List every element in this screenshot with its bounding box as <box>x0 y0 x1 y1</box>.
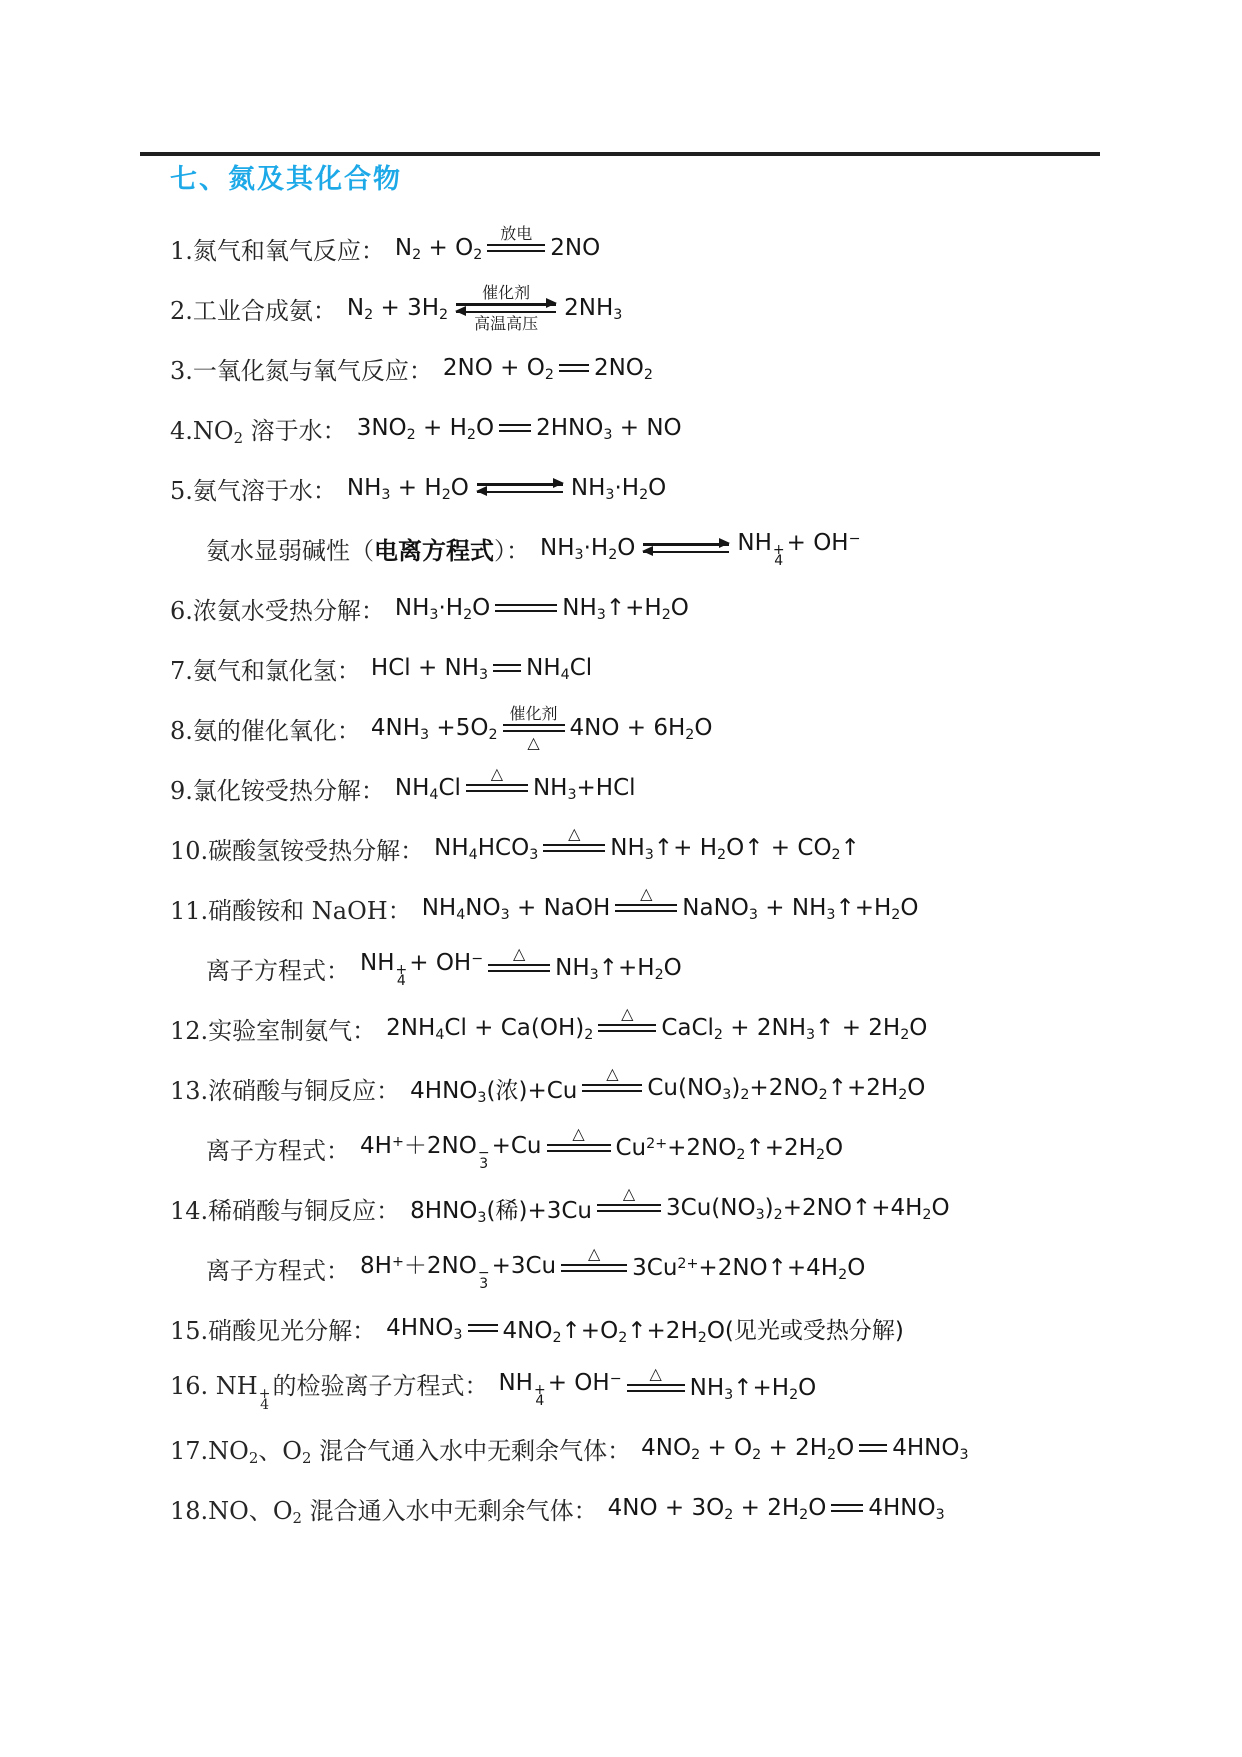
condition-above: △ <box>623 1186 635 1202</box>
subscript: 2 <box>234 429 243 447</box>
atom-count: 4 <box>397 976 406 987</box>
formula: NH3·H2O <box>571 475 666 501</box>
condition-above: 催化剂 <box>482 285 530 301</box>
equals-sign <box>493 664 521 672</box>
line-label: 5.氨气溶于水： <box>170 471 337 506</box>
equation-line: 17.NO2、O2 混合气通入水中无剩余气体：4NO2 + O2 + 2H2O … <box>170 1418 1190 1478</box>
equation-line: 7.氨气和氯化氢：HCl + NH3NH4Cl <box>170 638 1190 698</box>
formula: Cu2++2NO2↑+2H2O <box>616 1135 844 1161</box>
condition-above: △ <box>568 826 580 842</box>
equals-sign: 催化剂△ <box>503 724 565 732</box>
line-label: 离子方程式： <box>206 951 350 986</box>
line-label: 8.氨的催化氧化： <box>170 711 361 746</box>
equals-sign: △ <box>598 1024 656 1032</box>
double-line <box>598 1024 656 1032</box>
subscript: 2 <box>832 847 841 863</box>
subscript: 3 <box>749 907 758 923</box>
subscript: 2 <box>900 1027 909 1043</box>
subscript: 2 <box>584 1027 593 1043</box>
equilibrium-arrows: 催化剂高温高压 <box>456 303 556 313</box>
subscript: 4 <box>561 667 570 683</box>
double-line <box>493 664 521 672</box>
subscript: 4 <box>435 1027 444 1043</box>
reverse-arrow <box>456 311 556 314</box>
double-line <box>597 1204 661 1212</box>
condition-above: △ <box>513 946 525 962</box>
equation-line: 6.浓氨水受热分解：NH3·H2O NH3↑+H2O <box>170 578 1190 638</box>
subscript: 2 <box>407 427 416 443</box>
equation-line: 离子方程式：4H+＋2NO−3+Cu △Cu2++2NO2↑+2H2O <box>206 1118 1190 1178</box>
double-line <box>499 424 531 432</box>
subscript: 2 <box>698 1329 707 1345</box>
double-line <box>487 244 545 252</box>
subscript: 3 <box>567 787 576 803</box>
subscript: 3 <box>597 607 606 623</box>
atom-count: 4 <box>535 1396 544 1407</box>
stacked-charge: +4 <box>259 1389 271 1411</box>
equation-line: 离子方程式：8H+＋2NO−3+3Cu △3Cu2++2NO↑+4H2O <box>206 1238 1190 1298</box>
double-line <box>468 1324 498 1332</box>
subscript: 2 <box>922 1207 931 1223</box>
line-label: 12.实验室制氨气： <box>170 1011 376 1046</box>
formula: CaCl2 + 2NH3↑ + 2H2O <box>661 1015 927 1041</box>
formula: 4H+＋2NO−3+Cu <box>360 1127 542 1170</box>
condition-above: △ <box>621 1006 633 1022</box>
formula: NH+4+ OH− <box>737 530 860 567</box>
line-label: 18.NO、O2 混合通入水中无剩余气体： <box>170 1491 598 1526</box>
subscript: 3 <box>806 1027 815 1043</box>
top-rule <box>140 152 1100 156</box>
double-line <box>495 604 557 612</box>
subscript: 2 <box>799 1507 808 1523</box>
equilibrium-arrows <box>643 543 729 553</box>
equation-line: 3.一氧化氮与氧气反应：2NO + O22NO2 <box>170 338 1190 398</box>
equals-sign <box>499 424 531 432</box>
equation-line: 2.工业合成氨：N2 + 3H2 催化剂高温高压 2NH3 <box>170 278 1190 338</box>
condition-above: △ <box>606 1066 618 1082</box>
subscript: 2 <box>552 1329 561 1345</box>
equilibrium-arrows <box>477 483 563 493</box>
line-label: 11.硝酸铵和 NaOH： <box>170 891 412 926</box>
formula: 8HNO3(稀)+3Cu <box>410 1192 592 1225</box>
formula: 3NO2 + H2O <box>357 415 494 441</box>
line-label: 9.氯化铵受热分解： <box>170 771 385 806</box>
subscript: 2 <box>838 1267 847 1283</box>
line-label: 6.浓氨水受热分解： <box>170 591 385 626</box>
forward-arrow <box>643 543 729 546</box>
formula: 3Cu2++2NO↑+4H2O <box>632 1255 865 1281</box>
line-label: 离子方程式： <box>206 1131 350 1166</box>
subscript: 3 <box>826 907 835 923</box>
formula: NH3↑+H2O <box>690 1375 817 1401</box>
line-label: 10.碳酸氢铵受热分解： <box>170 831 424 866</box>
subscript: 2 <box>439 307 448 323</box>
subscript: 2 <box>644 367 653 383</box>
equation-line: 5.氨气溶于水：NH3 + H2O NH3·H2O <box>170 458 1190 518</box>
subscript: 2 <box>608 547 617 563</box>
subscript: 2 <box>412 247 421 263</box>
line-label: 氨水显弱碱性（电离方程式）： <box>206 531 530 566</box>
subscript: 3 <box>453 1327 462 1343</box>
subscript: 2 <box>724 1507 733 1523</box>
equation-line: 4.NO2 溶于水：3NO2 + H2O2HNO3 + NO <box>170 398 1190 458</box>
line-label: 14.稀硝酸与铜反应： <box>170 1191 400 1226</box>
subscript: 2 <box>473 247 482 263</box>
superscript: + <box>392 1253 404 1269</box>
superscript: − <box>471 950 483 966</box>
stacked-charge: +4 <box>396 965 408 987</box>
double-line <box>627 1384 685 1392</box>
subscript: 2 <box>467 427 476 443</box>
double-line <box>559 364 589 372</box>
condition-above: 放电 <box>500 226 532 242</box>
formula: 3Cu(NO3)2+2NO↑+4H2O <box>666 1195 950 1221</box>
double-line <box>859 1444 887 1452</box>
subscript: 2 <box>293 1509 302 1527</box>
formula: 4NH3 +5O2 <box>371 715 498 741</box>
subscript: 2 <box>774 1207 783 1223</box>
equals-sign: △ <box>627 1384 685 1392</box>
formula: 4NO + 3O2 + 2H2O <box>608 1495 827 1521</box>
subscript: 2 <box>816 1147 825 1163</box>
forward-arrow <box>477 483 563 486</box>
atom-count: 3 <box>479 1159 488 1170</box>
stacked-charge: −3 <box>478 1148 490 1170</box>
equation-line: 15.硝酸见光分解：4HNO34NO2↑+O2↑+2H2O(见光或受热分解) <box>170 1298 1190 1358</box>
condition-above: △ <box>640 886 652 902</box>
subscript: 2 <box>827 1447 836 1463</box>
formula: 2NO + O2 <box>443 355 554 381</box>
equation-line: 9.氯化铵受热分解：NH4Cl△NH3+HCl <box>170 758 1190 818</box>
line-label: 1.氮气和氧气反应： <box>170 231 385 266</box>
formula: 4HNO3 <box>386 1315 462 1341</box>
formula: 2NH4Cl + Ca(OH)2 <box>386 1015 593 1041</box>
formula: NH3↑+H2O <box>555 955 682 981</box>
reverse-arrow <box>477 491 563 494</box>
subscript: 2 <box>691 1447 700 1463</box>
formula: NH3↑+ H2O↑ + CO2↑ <box>610 835 860 861</box>
equals-sign <box>468 1324 498 1332</box>
superscript: − <box>849 530 861 546</box>
stacked-charge: +4 <box>534 1385 546 1407</box>
subscript: 3 <box>501 907 510 923</box>
subscript: 3 <box>479 667 488 683</box>
condition-above: △ <box>572 1126 584 1142</box>
equals-sign: △ <box>488 964 550 972</box>
subscript: 3 <box>645 847 654 863</box>
subscript: 2 <box>736 1147 745 1163</box>
equation-line: 氨水显弱碱性（电离方程式）：NH3·H2O NH+4+ OH− <box>206 518 1190 578</box>
subscript: 2 <box>717 847 726 863</box>
subscript: 4 <box>469 847 478 863</box>
subscript: 2 <box>655 967 664 983</box>
equation-line: 1.氮气和氧气反应：N2 + O2 放电2NO <box>170 218 1190 278</box>
equals-sign: 放电 <box>487 244 545 252</box>
equation-line: 13.浓硝酸与铜反应：4HNO3(浓)+Cu △Cu(NO3)2+2NO2↑+2… <box>170 1058 1190 1118</box>
atom-count: 4 <box>774 556 783 567</box>
subscript: 2 <box>442 487 451 503</box>
formula: 8H+＋2NO−3+3Cu <box>360 1247 556 1290</box>
formula: N2 + 3H2 <box>347 295 448 321</box>
subscript: 2 <box>302 1449 311 1467</box>
condition-above: △ <box>649 1366 661 1382</box>
subscript: 2 <box>662 607 671 623</box>
equals-sign: △ <box>561 1264 627 1272</box>
line-label: 17.NO2、O2 混合气通入水中无剩余气体： <box>170 1431 631 1466</box>
equation-line: 离子方程式：NH+4+ OH−△NH3↑+H2O <box>206 938 1190 998</box>
subscript: 3 <box>575 547 584 563</box>
subscript: 2 <box>789 1387 798 1403</box>
formula: NH3·H2O <box>540 535 635 561</box>
equals-sign: △ <box>597 1204 661 1212</box>
condition-above: △ <box>491 766 503 782</box>
subscript: 3 <box>605 487 614 503</box>
subscript: 2 <box>488 727 497 743</box>
superscript: 2+ <box>646 1136 667 1152</box>
line-label: 7.氨气和氯化氢： <box>170 651 361 686</box>
atom-count: 4 <box>260 1400 269 1411</box>
subscript: 3 <box>529 847 538 863</box>
subscript: 2 <box>364 307 373 323</box>
equation-line: 12.实验室制氨气：2NH4Cl + Ca(OH)2△CaCl2 + 2NH3↑… <box>170 998 1190 1058</box>
line-label: 4.NO2 溶于水： <box>170 411 347 446</box>
subscript: 3 <box>477 1209 486 1225</box>
equation-line: 14.稀硝酸与铜反应：8HNO3(稀)+3Cu △3Cu(NO3)2+2NO↑+… <box>170 1178 1190 1238</box>
subscript: 2 <box>685 727 694 743</box>
subscript: 2 <box>545 367 554 383</box>
double-line <box>831 1504 863 1512</box>
subscript: 3 <box>722 1087 731 1103</box>
subscript: 3 <box>724 1387 733 1403</box>
equation-line: 18.NO、O2 混合通入水中无剩余气体：4NO + 3O2 + 2H2O 4H… <box>170 1478 1190 1538</box>
condition-below: △ <box>527 735 539 751</box>
equals-sign <box>859 1444 887 1452</box>
double-line <box>547 1144 611 1152</box>
formula: NH4Cl <box>395 775 461 801</box>
formula: NH3 + H2O <box>347 475 469 501</box>
formula: 4NO + 6H2O <box>570 715 713 741</box>
formula: 2NO <box>550 235 600 261</box>
equation-line: 11.硝酸铵和 NaOH：NH4NO3 + NaOH △NaNO3 + NH3↑… <box>170 878 1190 938</box>
subscript: 3 <box>429 607 438 623</box>
double-line <box>503 724 565 732</box>
double-line <box>543 844 605 852</box>
formula: 4HNO3 <box>892 1435 968 1461</box>
line-label: 13.浓硝酸与铜反应： <box>170 1071 400 1106</box>
formula: 4HNO3(浓)+Cu <box>410 1072 577 1105</box>
equals-sign: △ <box>543 844 605 852</box>
subscript: 3 <box>613 307 622 323</box>
subscript: 3 <box>603 427 612 443</box>
formula: NH3·H2O <box>395 595 490 621</box>
subscript: 2 <box>463 607 472 623</box>
subscript: 3 <box>936 1507 945 1523</box>
equals-sign <box>831 1504 863 1512</box>
bold-text: 电离方程式 <box>374 537 494 565</box>
line-label: 3.一氧化氮与氧气反应： <box>170 351 433 386</box>
equation-line: 10.碳酸氢铵受热分解：NH4HCO3 △NH3↑+ H2O↑ + CO2↑ <box>170 818 1190 878</box>
condition-above: △ <box>588 1246 600 1262</box>
formula: NH4NO3 + NaOH <box>422 895 611 921</box>
subscript: 2 <box>752 1447 761 1463</box>
equals-sign: △ <box>547 1144 611 1152</box>
formula: N2 + O2 <box>395 235 482 261</box>
line-label: 16. NH+4的检验离子方程式： <box>170 1366 488 1411</box>
equation-line: 8.氨的催化氧化：4NH3 +5O2 催化剂△4NO + 6H2O <box>170 698 1190 758</box>
subscript: 2 <box>639 487 648 503</box>
document-content: 七、氮及其化合物 1.氮气和氧气反应：N2 + O2 放电2NO2.工业合成氨：… <box>170 164 1190 1538</box>
formula: NH4HCO3 <box>434 835 538 861</box>
condition-below: 高温高压 <box>474 316 538 332</box>
double-line <box>466 784 528 792</box>
subscript: 2 <box>819 1087 828 1103</box>
formula: NaNO3 + NH3↑+H2O <box>682 895 918 921</box>
subscript: 2 <box>898 1087 907 1103</box>
condition-above: 催化剂 <box>510 706 558 722</box>
subscript: 3 <box>590 967 599 983</box>
formula: NH3+HCl <box>533 775 636 801</box>
forward-arrow <box>456 303 556 306</box>
subscript: 3 <box>756 1207 765 1223</box>
subscript: 2 <box>618 1329 627 1345</box>
subscript: 2 <box>891 907 900 923</box>
atom-count: 3 <box>479 1279 488 1290</box>
formula: NH+4+ OH− <box>360 950 483 987</box>
reverse-arrow <box>643 551 729 554</box>
equals-sign <box>495 604 557 612</box>
superscript: 2+ <box>677 1256 698 1272</box>
formula: NH+4+ OH− <box>498 1370 621 1407</box>
equals-sign <box>559 364 589 372</box>
formula: 2NO2 <box>594 355 653 381</box>
formula: NH4Cl <box>526 655 592 681</box>
superscript: − <box>610 1370 622 1386</box>
equation-line: 16. NH+4的检验离子方程式：NH+4+ OH−△NH3↑+H2O <box>170 1358 1190 1418</box>
formula: 2NH3 <box>564 295 622 321</box>
line-label: 15.硝酸见光分解： <box>170 1311 376 1346</box>
equals-sign: △ <box>615 904 677 912</box>
formula: 4NO2↑+O2↑+2H2O(见光或受热分解) <box>503 1312 904 1345</box>
subscript: 4 <box>429 787 438 803</box>
double-line <box>488 964 550 972</box>
equals-sign: △ <box>582 1084 642 1092</box>
double-line <box>561 1264 627 1272</box>
formula: HCl + NH3 <box>371 655 488 681</box>
subscript: 3 <box>420 727 429 743</box>
formula: 4HNO3 <box>868 1495 944 1521</box>
formula: NH3↑+H2O <box>562 595 689 621</box>
subscript: 2 <box>249 1449 258 1467</box>
stacked-charge: −3 <box>478 1268 490 1290</box>
equation-list: 1.氮气和氧气反应：N2 + O2 放电2NO2.工业合成氨：N2 + 3H2 … <box>170 218 1190 1538</box>
subscript: 2 <box>714 1027 723 1043</box>
double-line <box>582 1084 642 1092</box>
subscript: 3 <box>381 487 390 503</box>
section-heading: 七、氮及其化合物 <box>170 164 1190 196</box>
subscript: 3 <box>959 1447 968 1463</box>
line-label: 2.工业合成氨： <box>170 291 337 326</box>
stacked-charge: +4 <box>773 545 785 567</box>
double-line <box>615 904 677 912</box>
formula: Cu(NO3)2+2NO2↑+2H2O <box>647 1075 925 1101</box>
subscript: 3 <box>477 1089 486 1105</box>
equals-sign: △ <box>466 784 528 792</box>
subscript: 4 <box>456 907 465 923</box>
superscript: + <box>392 1133 404 1149</box>
formula: 2HNO3 + NO <box>536 415 682 441</box>
formula: 4NO2 + O2 + 2H2O <box>641 1435 854 1461</box>
subscript: 2 <box>740 1087 749 1103</box>
line-label: 离子方程式： <box>206 1251 350 1286</box>
